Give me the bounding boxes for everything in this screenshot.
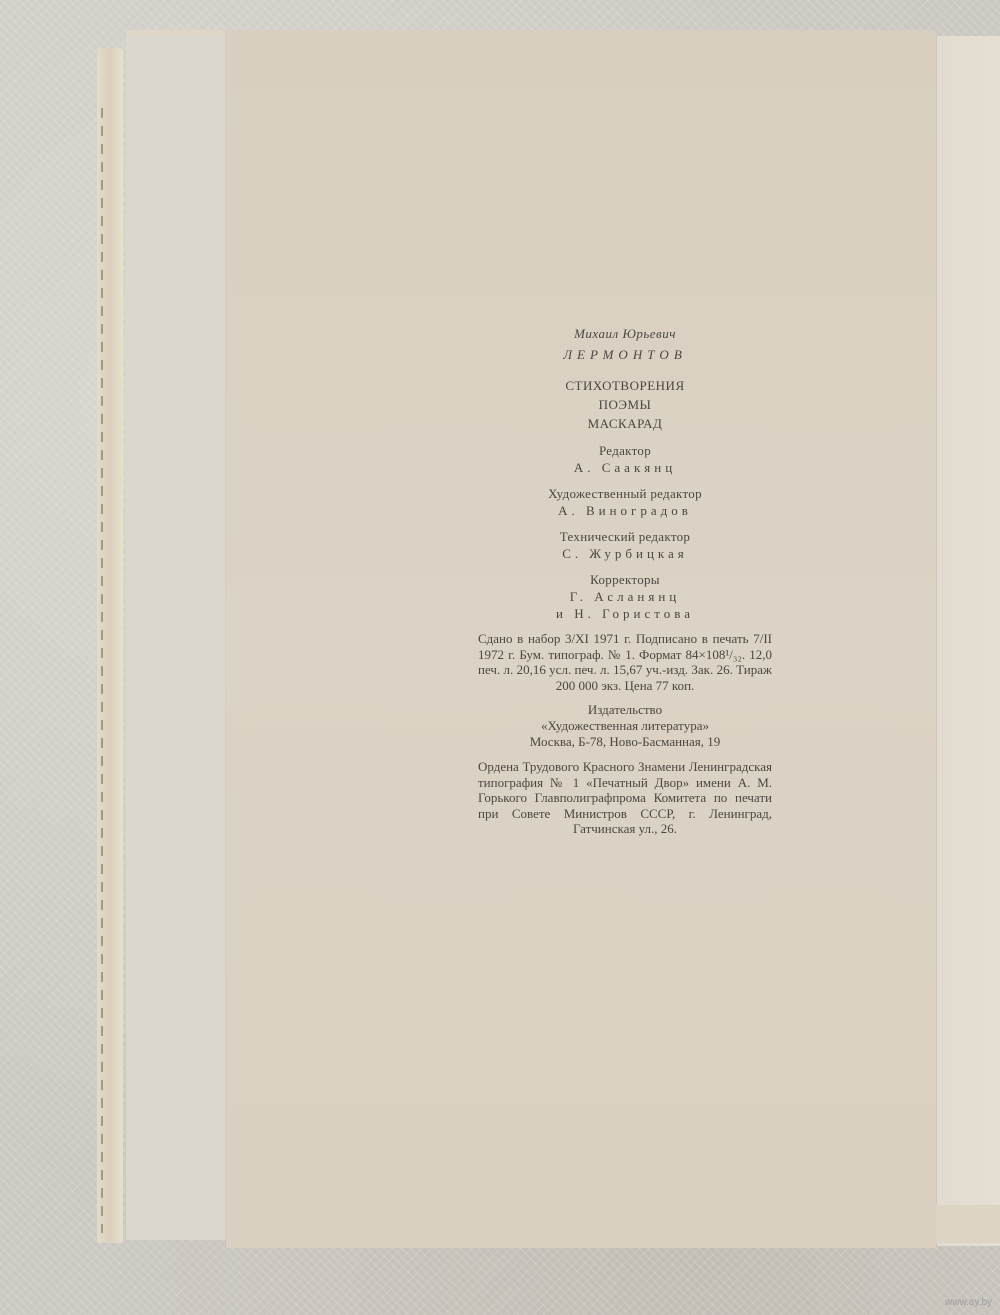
title-narrative-poems: ПОЭМЫ [470, 395, 780, 414]
credit-person: А. Виноградов [470, 502, 780, 519]
title-poems: СТИХОТВОРЕНИЯ [470, 376, 780, 395]
title-masquerade: МАСКАРАД [470, 414, 780, 433]
next-page-lower-edge [936, 1205, 1000, 1243]
credit-proofreaders: Корректоры Г. Асланянц и Н. Гористова [470, 571, 780, 622]
credit-person: и Н. Гористова [470, 605, 780, 622]
publisher-block: Издательство «Художественная литература»… [470, 702, 780, 750]
credit-role: Редактор [470, 442, 780, 459]
credit-role: Корректоры [470, 571, 780, 588]
publisher-label: Издательство [470, 702, 780, 718]
book-spine [97, 48, 123, 1243]
credit-person: Г. Асланянц [470, 588, 780, 605]
credit-person: А. Саакянц [470, 459, 780, 476]
credit-role: Технический редактор [470, 528, 780, 545]
next-page-edge [936, 36, 1000, 1246]
publisher-name: «Художественная литература» [470, 718, 780, 734]
author-name: Михаил Юрьевич [470, 325, 780, 342]
credit-technical-editor: Технический редактор С. Журбицкая [470, 528, 780, 562]
credit-editor: Редактор А. Саакянц [470, 442, 780, 476]
printer-info: Ордена Трудового Красного Знамени Ленинг… [470, 759, 780, 837]
author-surname: ЛЕРМОНТОВ [470, 346, 780, 363]
print-details: Сдано в набор 3/XI 1971 г. Подписано в п… [470, 631, 780, 693]
book-titles: СТИХОТВОРЕНИЯ ПОЭМЫ МАСКАРАД [470, 376, 780, 433]
colophon: Михаил Юрьевич ЛЕРМОНТОВ СТИХОТВОРЕНИЯ П… [470, 325, 780, 837]
watermark: www.ay.by [945, 1297, 992, 1308]
publisher-address: Москва, Б-78, Ново-Басманная, 19 [470, 734, 780, 750]
credit-role: Художественный редактор [470, 485, 780, 502]
credit-art-editor: Художественный редактор А. Виноградов [470, 485, 780, 519]
credit-person: С. Журбицкая [470, 545, 780, 562]
